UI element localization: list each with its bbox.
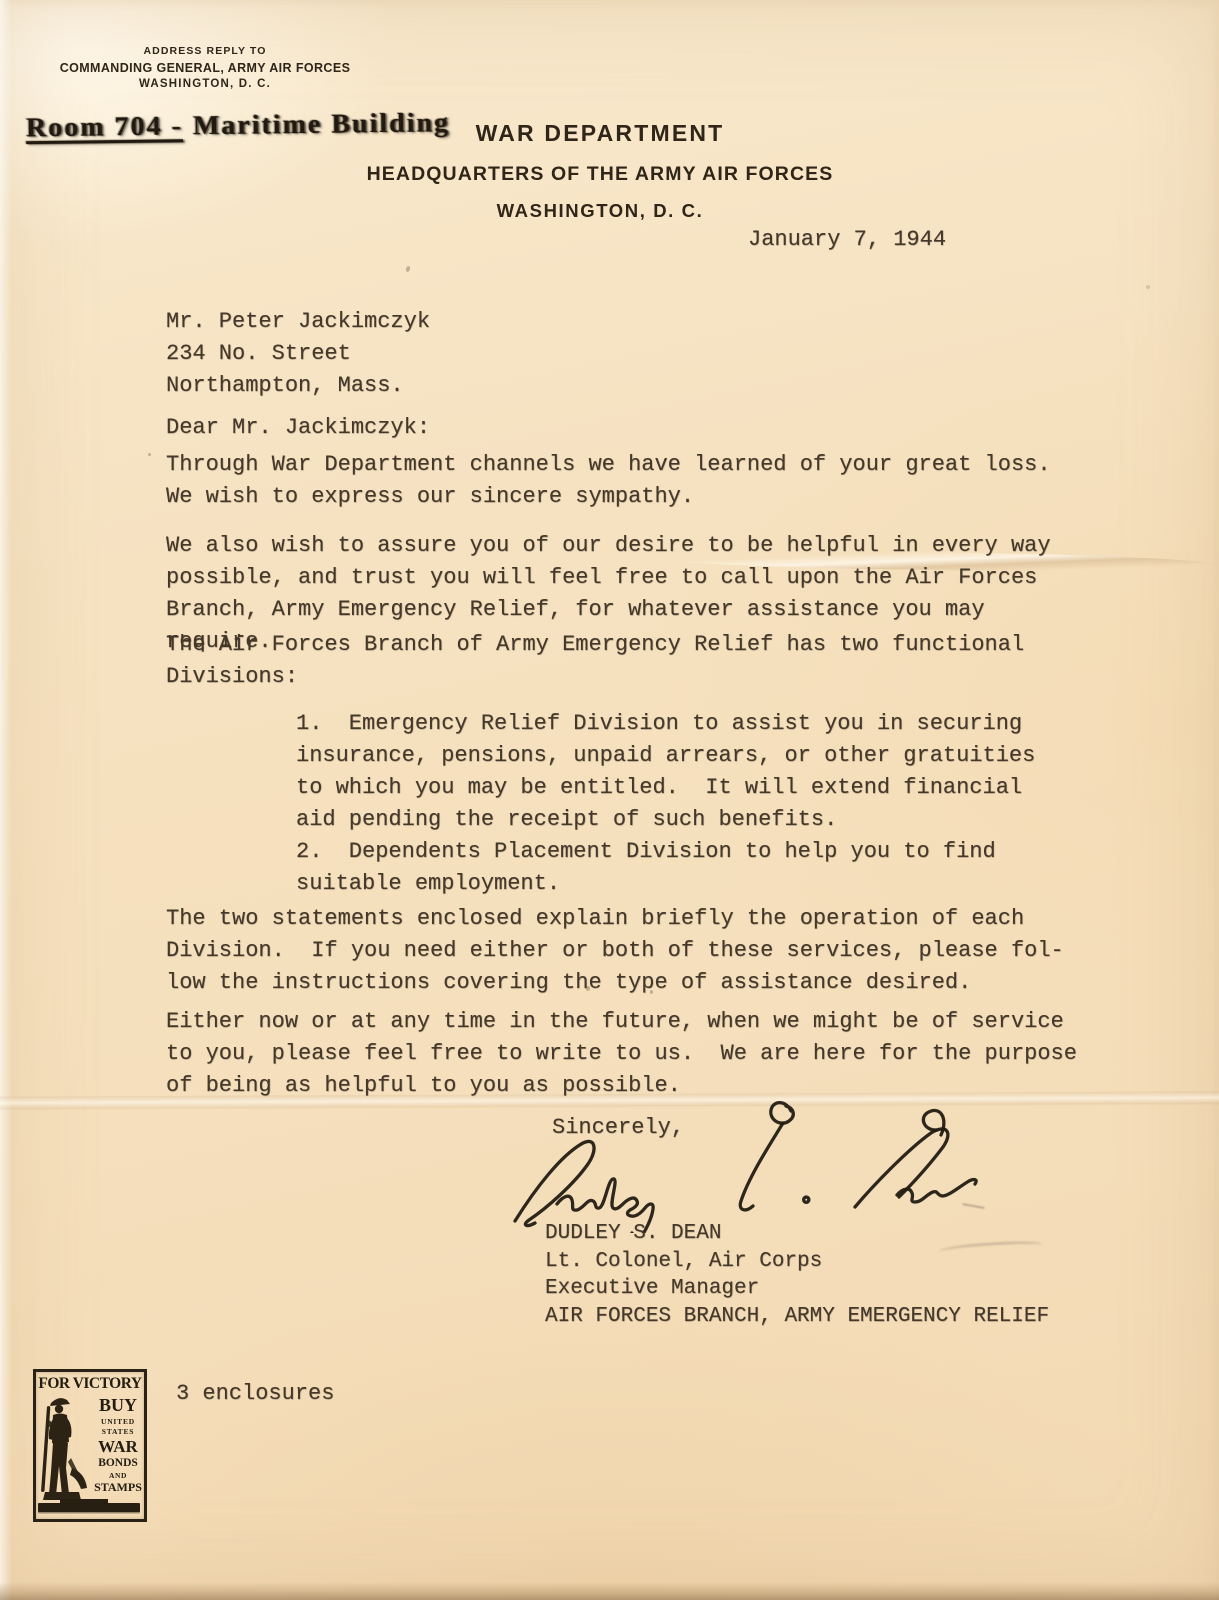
body-paragraph-1: Through War Department channels we have …	[166, 449, 1086, 513]
victory-bonds-stamp: FOR VICTORY BUY UNITED STATES WAR BONDS	[33, 1369, 147, 1522]
ink-speck	[1146, 285, 1150, 289]
victory-word-buy: BUY	[92, 1396, 144, 1414]
letter-page: ADDRESS REPLY TO COMMANDING GENERAL, ARM…	[0, 0, 1219, 1600]
body-paragraph-4: The two statements enclosed explain brie…	[166, 903, 1086, 999]
letterhead-city: WASHINGTON, D. C.	[330, 200, 870, 222]
scan-edge-left	[0, 0, 12, 1600]
statue-pedestal-base	[38, 1503, 140, 1512]
numbered-item-1: 1. Emergency Relief Division to assist y…	[296, 708, 1096, 836]
victory-word-war: WAR	[92, 1438, 144, 1455]
scan-edge-bottom	[0, 1582, 1219, 1600]
body-paragraph-3: The Air Forces Branch of Army Emergency …	[166, 629, 1086, 693]
victory-stamp-text-column: BUY UNITED STATES WAR BONDS AND STAMPS	[92, 1396, 144, 1493]
reply-line-2: COMMANDING GENERAL, ARMY AIR FORCES	[55, 61, 355, 75]
enclosures-note: 3 enclosures	[176, 1378, 334, 1410]
victory-word-united: UNITED	[92, 1418, 144, 1426]
victory-word-and: AND	[92, 1472, 144, 1480]
signer-rank: Lt. Colonel, Air Corps	[545, 1248, 1049, 1276]
headquarters-line: HEADQUARTERS OF THE ARMY AIR FORCES	[330, 163, 870, 186]
recipient-name: Mr. Peter Jackimczyk	[166, 306, 430, 338]
victory-word-states: STATES	[92, 1428, 144, 1436]
room-stamp-underlined-part: Room 704 -	[26, 111, 183, 143]
victory-word-stamps: STAMPS	[92, 1481, 144, 1493]
recipient-street: 234 No. Street	[166, 338, 430, 370]
recipient-city: Northampton, Mass.	[166, 370, 430, 402]
minuteman-statue-icon	[38, 1394, 94, 1512]
ink-speck	[405, 265, 411, 272]
typed-signer-name: DUDLEY S. DEAN	[545, 1220, 1049, 1248]
signer-organization: AIR FORCES BRANCH, ARMY EMERGENCY RELIEF	[545, 1303, 1049, 1331]
department-title: WAR DEPARTMENT	[330, 120, 870, 147]
letterhead-block: WAR DEPARTMENT HEADQUARTERS OF THE ARMY …	[330, 120, 870, 222]
ink-speck	[148, 453, 151, 456]
numbered-item-2: 2. Dependents Placement Division to help…	[296, 836, 1096, 900]
handwritten-signature	[495, 1083, 1015, 1233]
reply-line-3: WASHINGTON, D. C.	[55, 78, 355, 90]
victory-word-bonds: BONDS	[92, 1458, 144, 1470]
signature-stroke	[515, 1103, 976, 1233]
reply-address-block: ADDRESS REPLY TO COMMANDING GENERAL, ARM…	[55, 45, 355, 90]
victory-stamp-header: FOR VICTORY	[36, 1375, 144, 1393]
salutation: Dear Mr. Jackimczyk:	[166, 412, 430, 444]
recipient-address-block: Mr. Peter Jackimczyk 234 No. Street Nort…	[166, 306, 430, 402]
letter-date: January 7, 1944	[748, 224, 946, 256]
signature-block: DUDLEY S. DEAN Lt. Colonel, Air Corps Ex…	[545, 1220, 1049, 1330]
signer-title: Executive Manager	[545, 1275, 1049, 1303]
reply-line-1: ADDRESS REPLY TO	[55, 45, 355, 57]
